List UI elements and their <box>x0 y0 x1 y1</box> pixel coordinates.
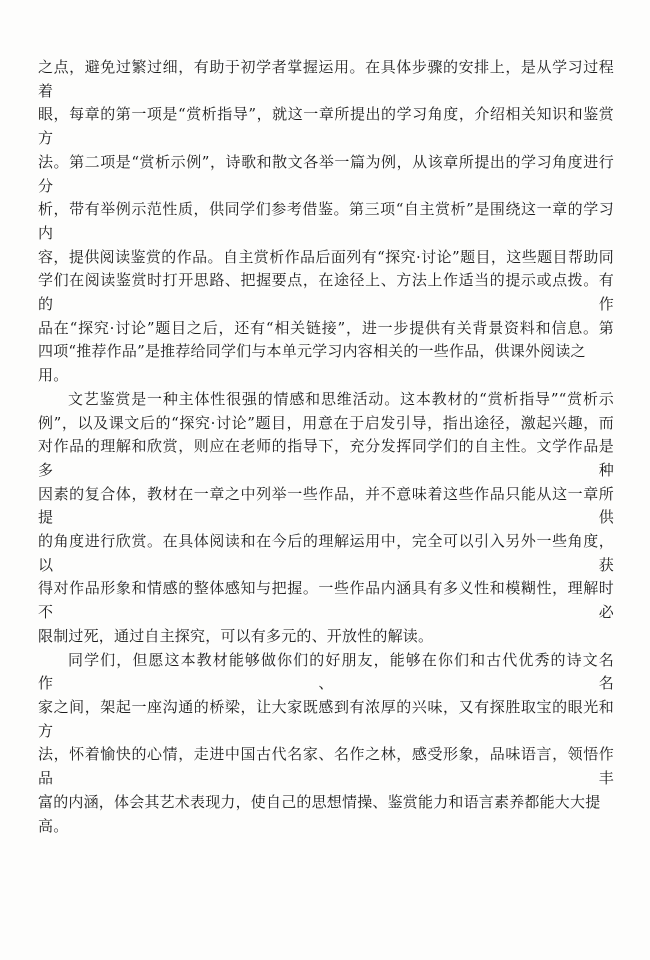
text-line: 法。第二项是“赏析示例”，诗歌和散文各举一篇为例，从该章所提出的学习角度进行分 <box>38 151 614 198</box>
paragraph: 文艺鉴赏是一种主体性很强的情感和思维活动。这本教材的“赏析指导”“赏析示例”，以… <box>38 388 614 649</box>
text-line: 文艺鉴赏是一种主体性很强的情感和思维活动。这本教材的“赏析指导”“赏析示 <box>38 388 614 412</box>
text-line: 对作品的理解和欣赏，则应在老师的指导下，充分发挥同学们的自主性。文学作品是多种 <box>38 435 614 482</box>
text-line: 品在“探究·讨论”题目之后，还有“相关链接”，进一步提供有关背景资料和信息。第 <box>38 317 614 341</box>
text-line: 富的内涵，体会其艺术表现力，使自己的思想情操、鉴赏能力和语言素养都能大大提高。 <box>38 791 614 838</box>
text-line: 同学们，但愿这本教材能够做你们的好朋友，能够在你们和古代优秀的诗文名作、名 <box>38 649 614 696</box>
text-line: 容，提供阅读鉴赏的作品。自主赏析作品后面列有“探究·讨论”题目，这些题目帮助同 <box>38 246 614 270</box>
text-line: 限制过死，通过自主探究，可以有多元的、开放性的解读。 <box>38 625 614 649</box>
text-line: 例”，以及课文后的“探究·讨论”题目，用意在于启发引导，指出途径，激起兴趣，而 <box>38 412 614 436</box>
document-page: 之点，避免过繁过细，有助于初学者掌握运用。在具体步骤的安排上，是从学习过程着眼，… <box>0 0 650 960</box>
text-line: 学们在阅读鉴赏时打开思路、把握要点，在途径上、方法上作适当的提示或点拨。有的作 <box>38 269 614 316</box>
paragraph: 之点，避免过繁过细，有助于初学者掌握运用。在具体步骤的安排上，是从学习过程着眼，… <box>38 56 614 388</box>
text-line: 得对作品形象和情感的整体感知与把握。一些作品内涵具有多义性和模糊性，理解时不必 <box>38 577 614 624</box>
text-line: 之点，避免过繁过细，有助于初学者掌握运用。在具体步骤的安排上，是从学习过程着 <box>38 56 614 103</box>
text-line: 的角度进行欣赏。在具体阅读和在今后的理解运用中，完全可以引入另外一些角度，以获 <box>38 530 614 577</box>
text-line: 析，带有举例示范性质，供同学们参考借鉴。第三项“自主赏析”是围绕这一章的学习内 <box>38 198 614 245</box>
text-line: 因素的复合体，教材在一章之中列举一些作品，并不意味着这些作品只能从这一章所提供 <box>38 483 614 530</box>
text-block: 之点，避免过繁过细，有助于初学者掌握运用。在具体步骤的安排上，是从学习过程着眼，… <box>38 56 614 838</box>
paragraph: 同学们，但愿这本教材能够做你们的好朋友，能够在你们和古代优秀的诗文名作、名家之间… <box>38 649 614 839</box>
text-line: 眼，每章的第一项是“赏析指导”，就这一章所提出的学习角度，介绍相关知识和鉴赏方 <box>38 103 614 150</box>
text-line: 家之间，架起一座沟通的桥梁，让大家既感到有浓厚的兴味，又有探胜取宝的眼光和方 <box>38 696 614 743</box>
text-line: 法，怀着愉快的心情，走进中国古代名家、名作之林，感受形象，品味语言，领悟作品丰 <box>38 743 614 790</box>
text-line: 四项“推荐作品”是推荐给同学们与本单元学习内容相关的一些作品，供课外阅读之用。 <box>38 340 614 387</box>
